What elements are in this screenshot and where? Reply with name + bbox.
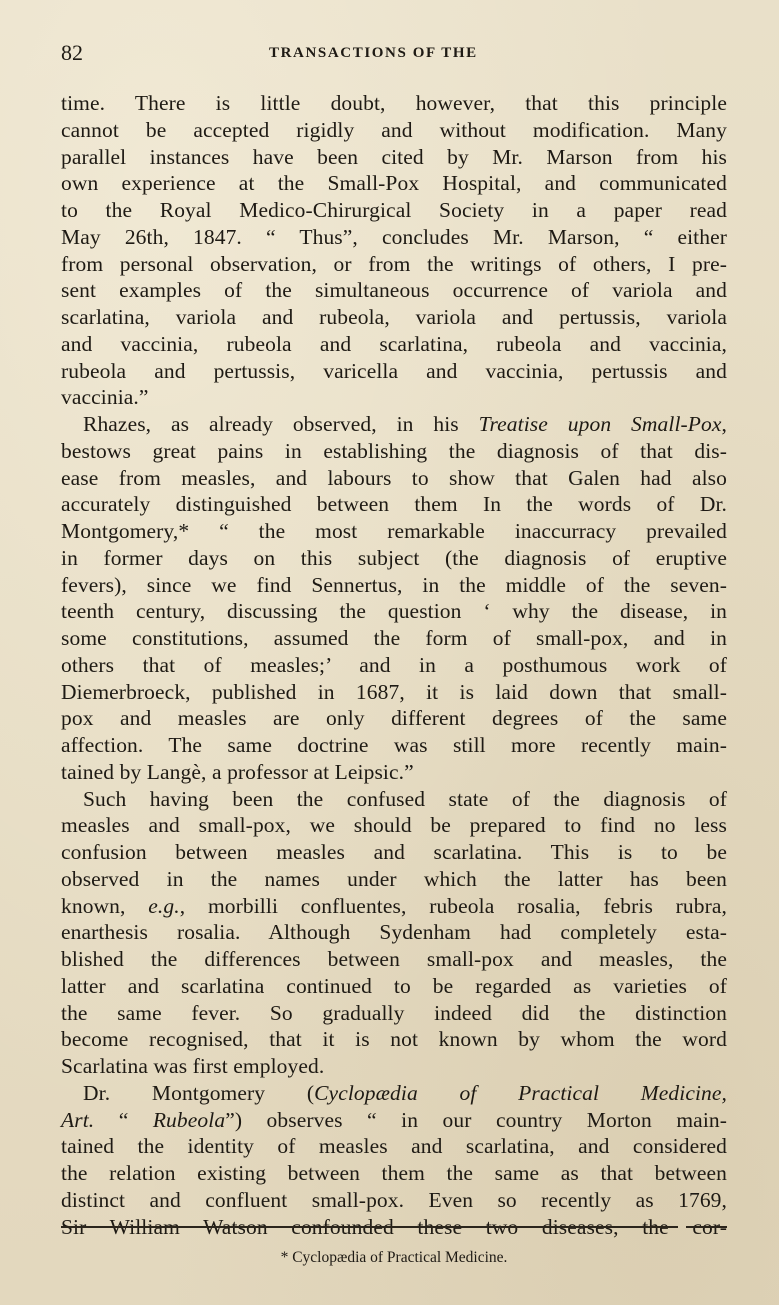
- book-page: 82 TRANSACTIONS OF THE time. There is li…: [0, 0, 779, 1305]
- text-line: tained the identity of measles and scarl…: [61, 1133, 727, 1160]
- footnote-rule: [61, 1226, 727, 1228]
- text-line: Rhazes, as already observed, in his Trea…: [61, 411, 727, 438]
- text-line: Scarlatina was first employed.: [61, 1053, 727, 1080]
- text-line: own experience at the Small-Pox Hospital…: [61, 170, 727, 197]
- text-line: sent examples of the simultaneous occurr…: [61, 277, 727, 304]
- text-line: Dr. Montgomery (Cyclopædia of Practical …: [61, 1080, 727, 1107]
- footnote-rule-short: [686, 1226, 727, 1228]
- text-line: blished the differences between small-po…: [61, 946, 727, 973]
- italic-text: Cyclopædia of Practical Medicine,: [314, 1081, 727, 1105]
- text-line: vaccinia.”: [61, 384, 727, 411]
- footnote: * Cyclopædia of Practical Medicine.: [61, 1248, 727, 1268]
- text-run: ”) observes “ in our country Morton main…: [225, 1108, 727, 1132]
- text-line: some constitutions, assumed the form of …: [61, 625, 727, 652]
- text-line: time. There is little doubt, however, th…: [61, 90, 727, 117]
- text-run: Rhazes, as already observed, in his: [83, 412, 479, 436]
- italic-text: Rubeola: [153, 1108, 225, 1132]
- text-line: teenth century, discussing the question …: [61, 598, 727, 625]
- text-line: in former days on this subject (the diag…: [61, 545, 727, 572]
- text-line: bestows great pains in establishing the …: [61, 438, 727, 465]
- italic-text: e.g.: [148, 894, 179, 918]
- text-line: Montgomery,* “ the most remarkable inacc…: [61, 518, 727, 545]
- text-run: , morbilli confluentes, rubeola rosalia,…: [180, 894, 727, 918]
- text-line: become recognised, that it is not known …: [61, 1026, 727, 1053]
- text-line: confusion between measles and scarlatina…: [61, 839, 727, 866]
- text-line: to the Royal Medico-Chirurgical Society …: [61, 197, 727, 224]
- text-line: distinct and confluent small-pox. Even s…: [61, 1187, 727, 1214]
- text-line: known, e.g., morbilli confluentes, rubeo…: [61, 893, 727, 920]
- running-header: 82 TRANSACTIONS OF THE: [61, 41, 727, 65]
- text-line: from personal observation, or from the w…: [61, 251, 727, 278]
- text-line: measles and small-pox, we should be prep…: [61, 812, 727, 839]
- text-line: cannot be accepted rigidly and without m…: [61, 117, 727, 144]
- text-line: latter and scarlatina continued to be re…: [61, 973, 727, 1000]
- italic-text: Treatise upon Small-Pox: [479, 412, 722, 436]
- text-line: May 26th, 1847. “ Thus”, concludes Mr. M…: [61, 224, 727, 251]
- text-line: others that of measles;’ and in a posthu…: [61, 652, 727, 679]
- text-run: “: [94, 1108, 153, 1132]
- text-line: rubeola and pertussis, varicella and vac…: [61, 358, 727, 385]
- text-line: fevers), since we find Sennertus, in the…: [61, 572, 727, 599]
- text-line: ease from measles, and labours to show t…: [61, 465, 727, 492]
- text-line: tained by Langè, a professor at Leipsic.…: [61, 759, 727, 786]
- text-line: observed in the names under which the la…: [61, 866, 727, 893]
- footnote-rule-long: [61, 1226, 678, 1228]
- running-title: TRANSACTIONS OF THE: [269, 44, 478, 62]
- italic-text: Art.: [61, 1108, 94, 1132]
- text-line: Such having been the confused state of t…: [61, 786, 727, 813]
- page-number: 82: [61, 41, 83, 65]
- text-line: scarlatina, variola and rubeola, variola…: [61, 304, 727, 331]
- text-line: Diemerbroeck, published in 1687, it is l…: [61, 679, 727, 706]
- text-line: accurately distinguished between them In…: [61, 491, 727, 518]
- text-line: enarthesis rosalia. Although Sydenham ha…: [61, 919, 727, 946]
- body-text: time. There is little doubt, however, th…: [61, 90, 727, 1240]
- text-run: Dr. Montgomery (: [83, 1081, 314, 1105]
- text-line: Art. “ Rubeola”) observes “ in our count…: [61, 1107, 727, 1134]
- text-line: the relation existing between them the s…: [61, 1160, 727, 1187]
- text-line: pox and measles are only different degre…: [61, 705, 727, 732]
- text-line: and vaccinia, rubeola and scarlatina, ru…: [61, 331, 727, 358]
- text-run: known,: [61, 894, 148, 918]
- text-run: ,: [722, 412, 727, 436]
- text-line: the same fever. So gradually indeed did …: [61, 1000, 727, 1027]
- text-line: parallel instances have been cited by Mr…: [61, 144, 727, 171]
- text-line: affection. The same doctrine was still m…: [61, 732, 727, 759]
